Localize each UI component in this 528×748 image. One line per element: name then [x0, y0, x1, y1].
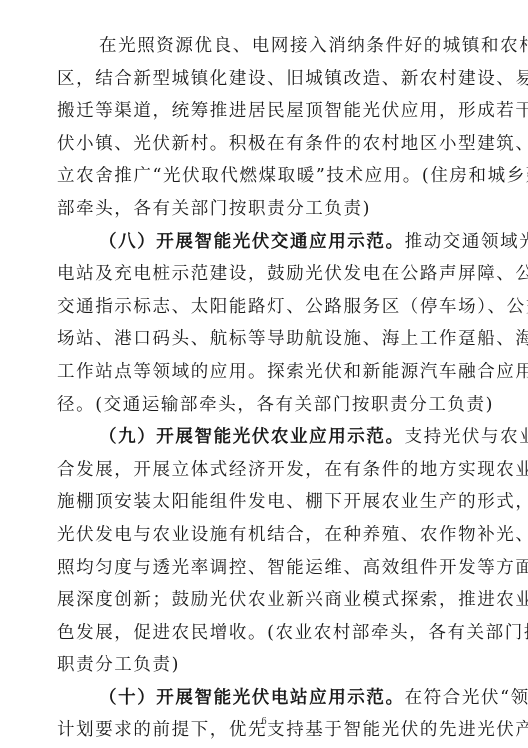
text-run: 支持光伏与农业融 — [405, 427, 528, 447]
text-line: 施棚顶安装太阳能组件发电、棚下开展农业生产的形式，将 — [57, 486, 459, 519]
text-line: 径。(交通运输部牵头，各有关部门按职责分工负责) — [57, 389, 459, 422]
text-line: 职责分工负责) — [57, 649, 459, 682]
text-line: 在光照资源优良、电网接入消纳条件好的城镇和农村地 — [57, 30, 459, 63]
text-line: 区，结合新型城镇化建设、旧城镇改造、新农村建设、易地 — [57, 63, 459, 96]
page-number: 6 — [0, 716, 528, 727]
text-run: 在符合光伏“领跑者” — [405, 688, 528, 708]
section-heading-agriculture: （九）开展智能光伏农业应用示范。 — [99, 427, 405, 447]
text-line: （九）开展智能光伏农业应用示范。支持光伏与农业融 — [57, 421, 459, 454]
paragraph-urban-rural: 在光照资源优良、电网接入消纳条件好的城镇和农村地 区，结合新型城镇化建设、旧城镇… — [57, 30, 459, 226]
text-line: 搬迁等渠道，统筹推进居民屋顶智能光伏应用，形成若干光 — [57, 95, 459, 128]
text-run: 推动交通领域光伏 — [405, 232, 528, 252]
paragraph-agriculture: （九）开展智能光伏农业应用示范。支持光伏与农业融 合发展，开展立体式经济开发，在… — [57, 421, 459, 682]
text-line: 部牵头，各有关部门按职责分工负责) — [57, 193, 459, 226]
text-line: （八）开展智能光伏交通应用示范。推动交通领域光伏 — [57, 226, 459, 259]
text-line: 交通指示标志、太阳能路灯、公路服务区（停车场）、公交 — [57, 291, 459, 324]
text-line: 伏小镇、光伏新村。积极在有条件的农村地区小型建筑、独 — [57, 128, 459, 161]
text-line: 电站及充电桩示范建设，鼓励光伏发电在公路声屏障、公路 — [57, 258, 459, 291]
text-line: 工作站点等领域的应用。探索光伏和新能源汽车融合应用路 — [57, 356, 459, 389]
text-line: 照均匀度与透光率调控、智能运维、高效组件开发等方面开 — [57, 552, 459, 585]
paragraph-transport: （八）开展智能光伏交通应用示范。推动交通领域光伏 电站及充电桩示范建设，鼓励光伏… — [57, 226, 459, 422]
section-heading-transport: （八）开展智能光伏交通应用示范。 — [99, 232, 405, 252]
document-page: 在光照资源优良、电网接入消纳条件好的城镇和农村地 区，结合新型城镇化建设、旧城镇… — [57, 30, 459, 747]
text-line: 合发展，开展立体式经济开发，在有条件的地方实现农业设 — [57, 454, 459, 487]
paragraph-power-station: （十）开展智能光伏电站应用示范。在符合光伏“领跑者” 计划要求的前提下，优先支持… — [57, 682, 459, 747]
text-line: 立农舍推广“光伏取代燃煤取暖”技术应用。(住房和城乡建设 — [57, 160, 459, 193]
text-line: 色发展，促进农民增收。(农业农村部牵头，各有关部门按 — [57, 617, 459, 650]
section-heading-power-station: （十）开展智能光伏电站应用示范。 — [99, 688, 405, 708]
text-line: （十）开展智能光伏电站应用示范。在符合光伏“领跑者” — [57, 682, 459, 715]
text-line: 场站、港口码头、航标等导助航设施、海上工作趸船、海岛 — [57, 323, 459, 356]
text-line: 展深度创新；鼓励光伏农业新兴商业模式探索，推进农业绿 — [57, 584, 459, 617]
text-line: 光伏发电与农业设施有机结合，在种养殖、农作物补光、光 — [57, 519, 459, 552]
